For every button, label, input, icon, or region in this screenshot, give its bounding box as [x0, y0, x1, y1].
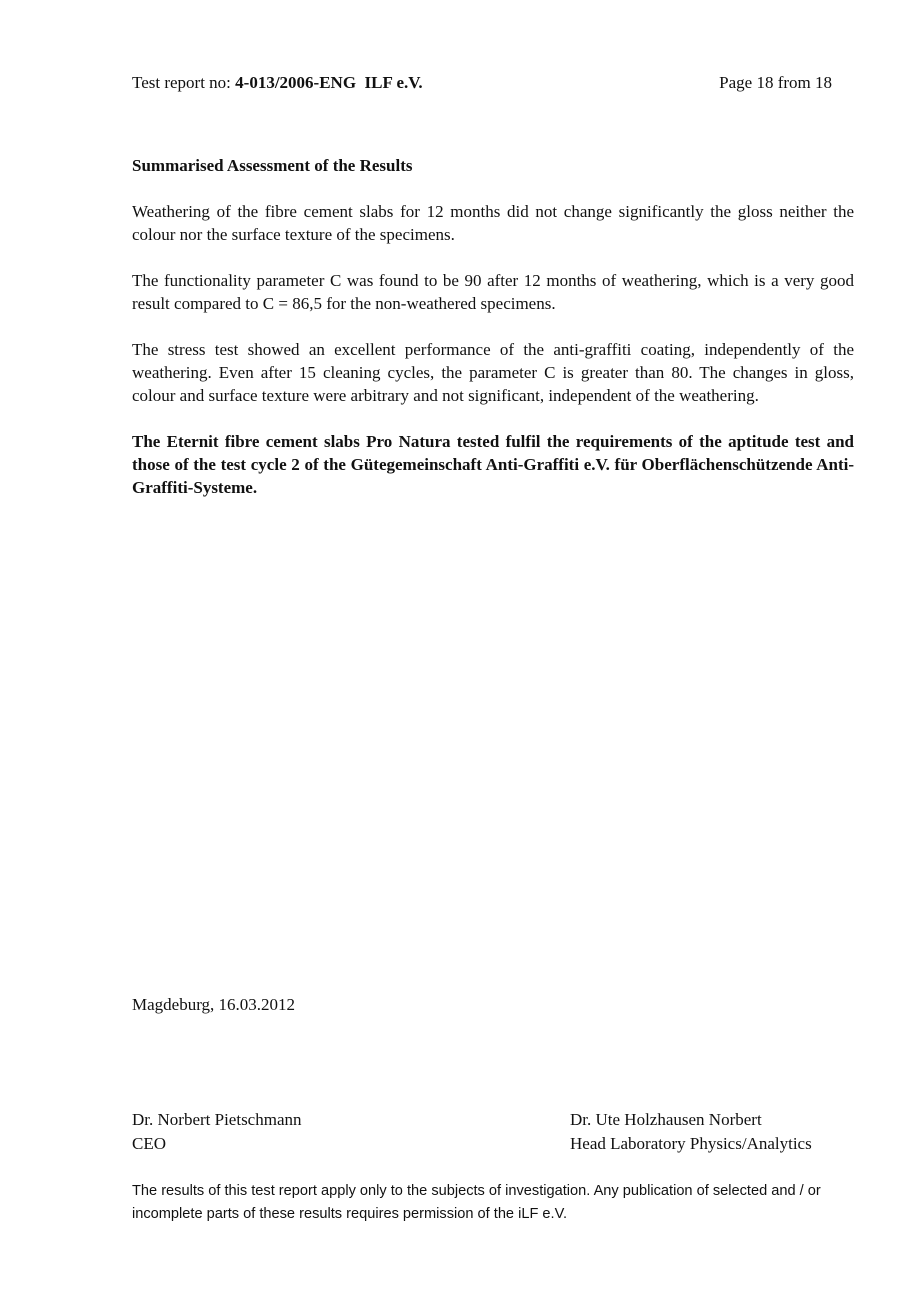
conclusion-paragraph: The Eternit fibre cement slabs Pro Natur… [132, 430, 854, 499]
place-date: Magdeburg, 16.03.2012 [132, 993, 295, 1016]
disclaimer: The results of this test report apply on… [132, 1180, 856, 1226]
page-indicator: Page 18 from 18 [719, 72, 832, 94]
signatory-name: Dr. Norbert Pietschmann [132, 1108, 302, 1132]
report-label: Test report no: [132, 73, 235, 92]
page-header: Test report no: 4-013/2006-ENG ILF e.V. … [132, 72, 832, 94]
signatory-ceo: Dr. Norbert Pietschmann CEO [132, 1108, 302, 1156]
summary-section: Summarised Assessment of the Results Wea… [132, 154, 854, 522]
paragraph-weathering: Weathering of the fibre cement slabs for… [132, 200, 854, 246]
report-id: Test report no: 4-013/2006-ENG ILF e.V. [132, 72, 423, 94]
paragraph-functionality: The functionality parameter C was found … [132, 269, 854, 315]
signatory-name: Dr. Ute Holzhausen Norbert [570, 1108, 812, 1132]
report-number: 4-013/2006-ENG ILF e.V. [235, 73, 422, 92]
signatory-lab-head: Dr. Ute Holzhausen Norbert Head Laborato… [570, 1108, 812, 1156]
signatory-role: Head Laboratory Physics/Analytics [570, 1132, 812, 1156]
signatory-role: CEO [132, 1132, 302, 1156]
document-page: Test report no: 4-013/2006-ENG ILF e.V. … [0, 0, 920, 1300]
section-title: Summarised Assessment of the Results [132, 154, 854, 177]
paragraph-stress-test: The stress test showed an excellent perf… [132, 338, 854, 407]
